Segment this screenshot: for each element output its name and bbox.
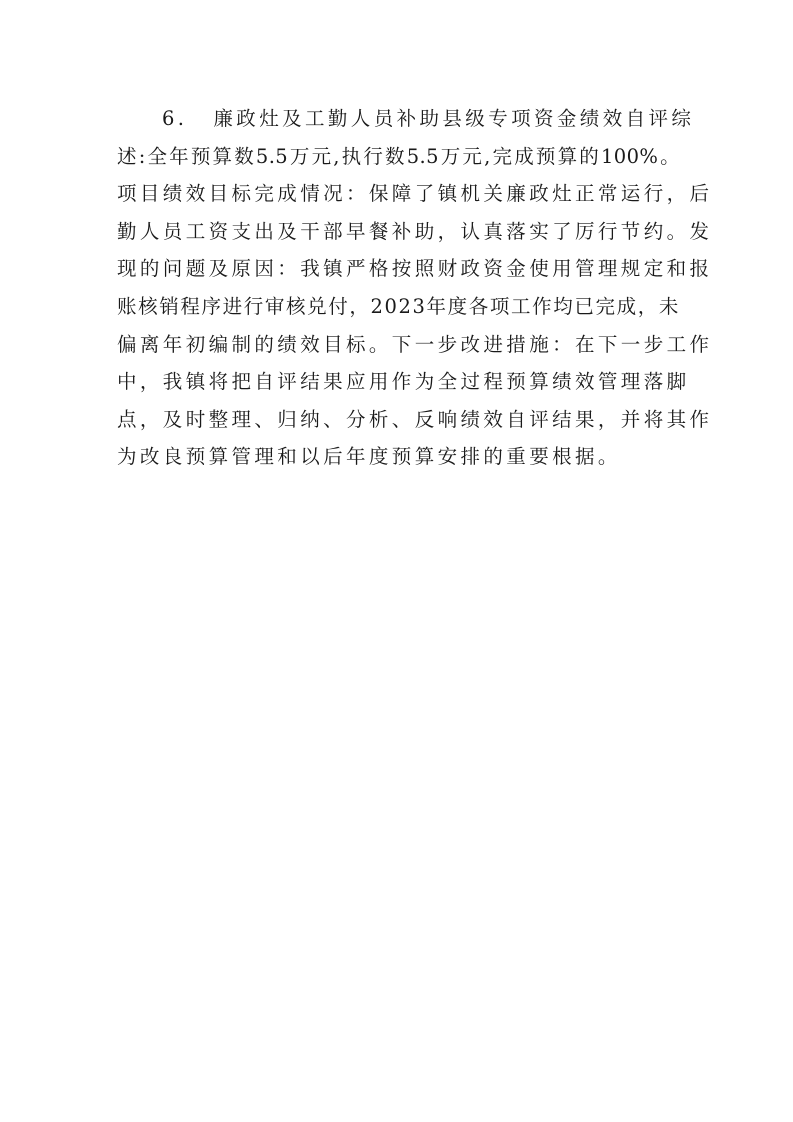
text-line-1: 6.廉政灶及工勤人员补助县级专项资金绩效自评综	[117, 100, 680, 138]
text-line-9: 点，及时整理、归纳、分析、反响绩效自评结果，并将其作	[117, 401, 680, 439]
text-line-8: 中，我镇将把自评结果应用作为全过程预算绩效管理落脚	[117, 363, 680, 401]
text-line-10: 为改良预算管理和以后年度预算安排的重要根据。	[117, 438, 680, 476]
text-line-4: 勤人员工资支出及干部早餐补助，认真落实了厉行节约。发	[117, 213, 680, 251]
paragraph-6: 6.廉政灶及工勤人员补助县级专项资金绩效自评综 述:全年预算数5.5万元,执行数…	[117, 100, 680, 476]
text-line-5: 现的问题及原因：我镇严格按照财政资金使用管理规定和报	[117, 250, 680, 288]
document-page: 6.廉政灶及工勤人员补助县级专项资金绩效自评综 述:全年预算数5.5万元,执行数…	[0, 0, 793, 1122]
text-line-7: 偏离年初编制的绩效目标。下一步改进措施：在下一步工作	[117, 326, 680, 364]
text-line-2: 述:全年预算数5.5万元,执行数5.5万元,完成预算的100%。	[117, 138, 680, 176]
text-line-3: 项目绩效目标完成情况：保障了镇机关廉政灶正常运行，后	[117, 175, 680, 213]
text-line-6: 账核销程序进行审核兑付，2023年度各项工作均已完成，未	[117, 288, 680, 326]
item-number: 6.	[162, 107, 187, 130]
item-title: 廉政灶及工勤人员补助县级专项资金绩效自评综	[213, 107, 694, 130]
